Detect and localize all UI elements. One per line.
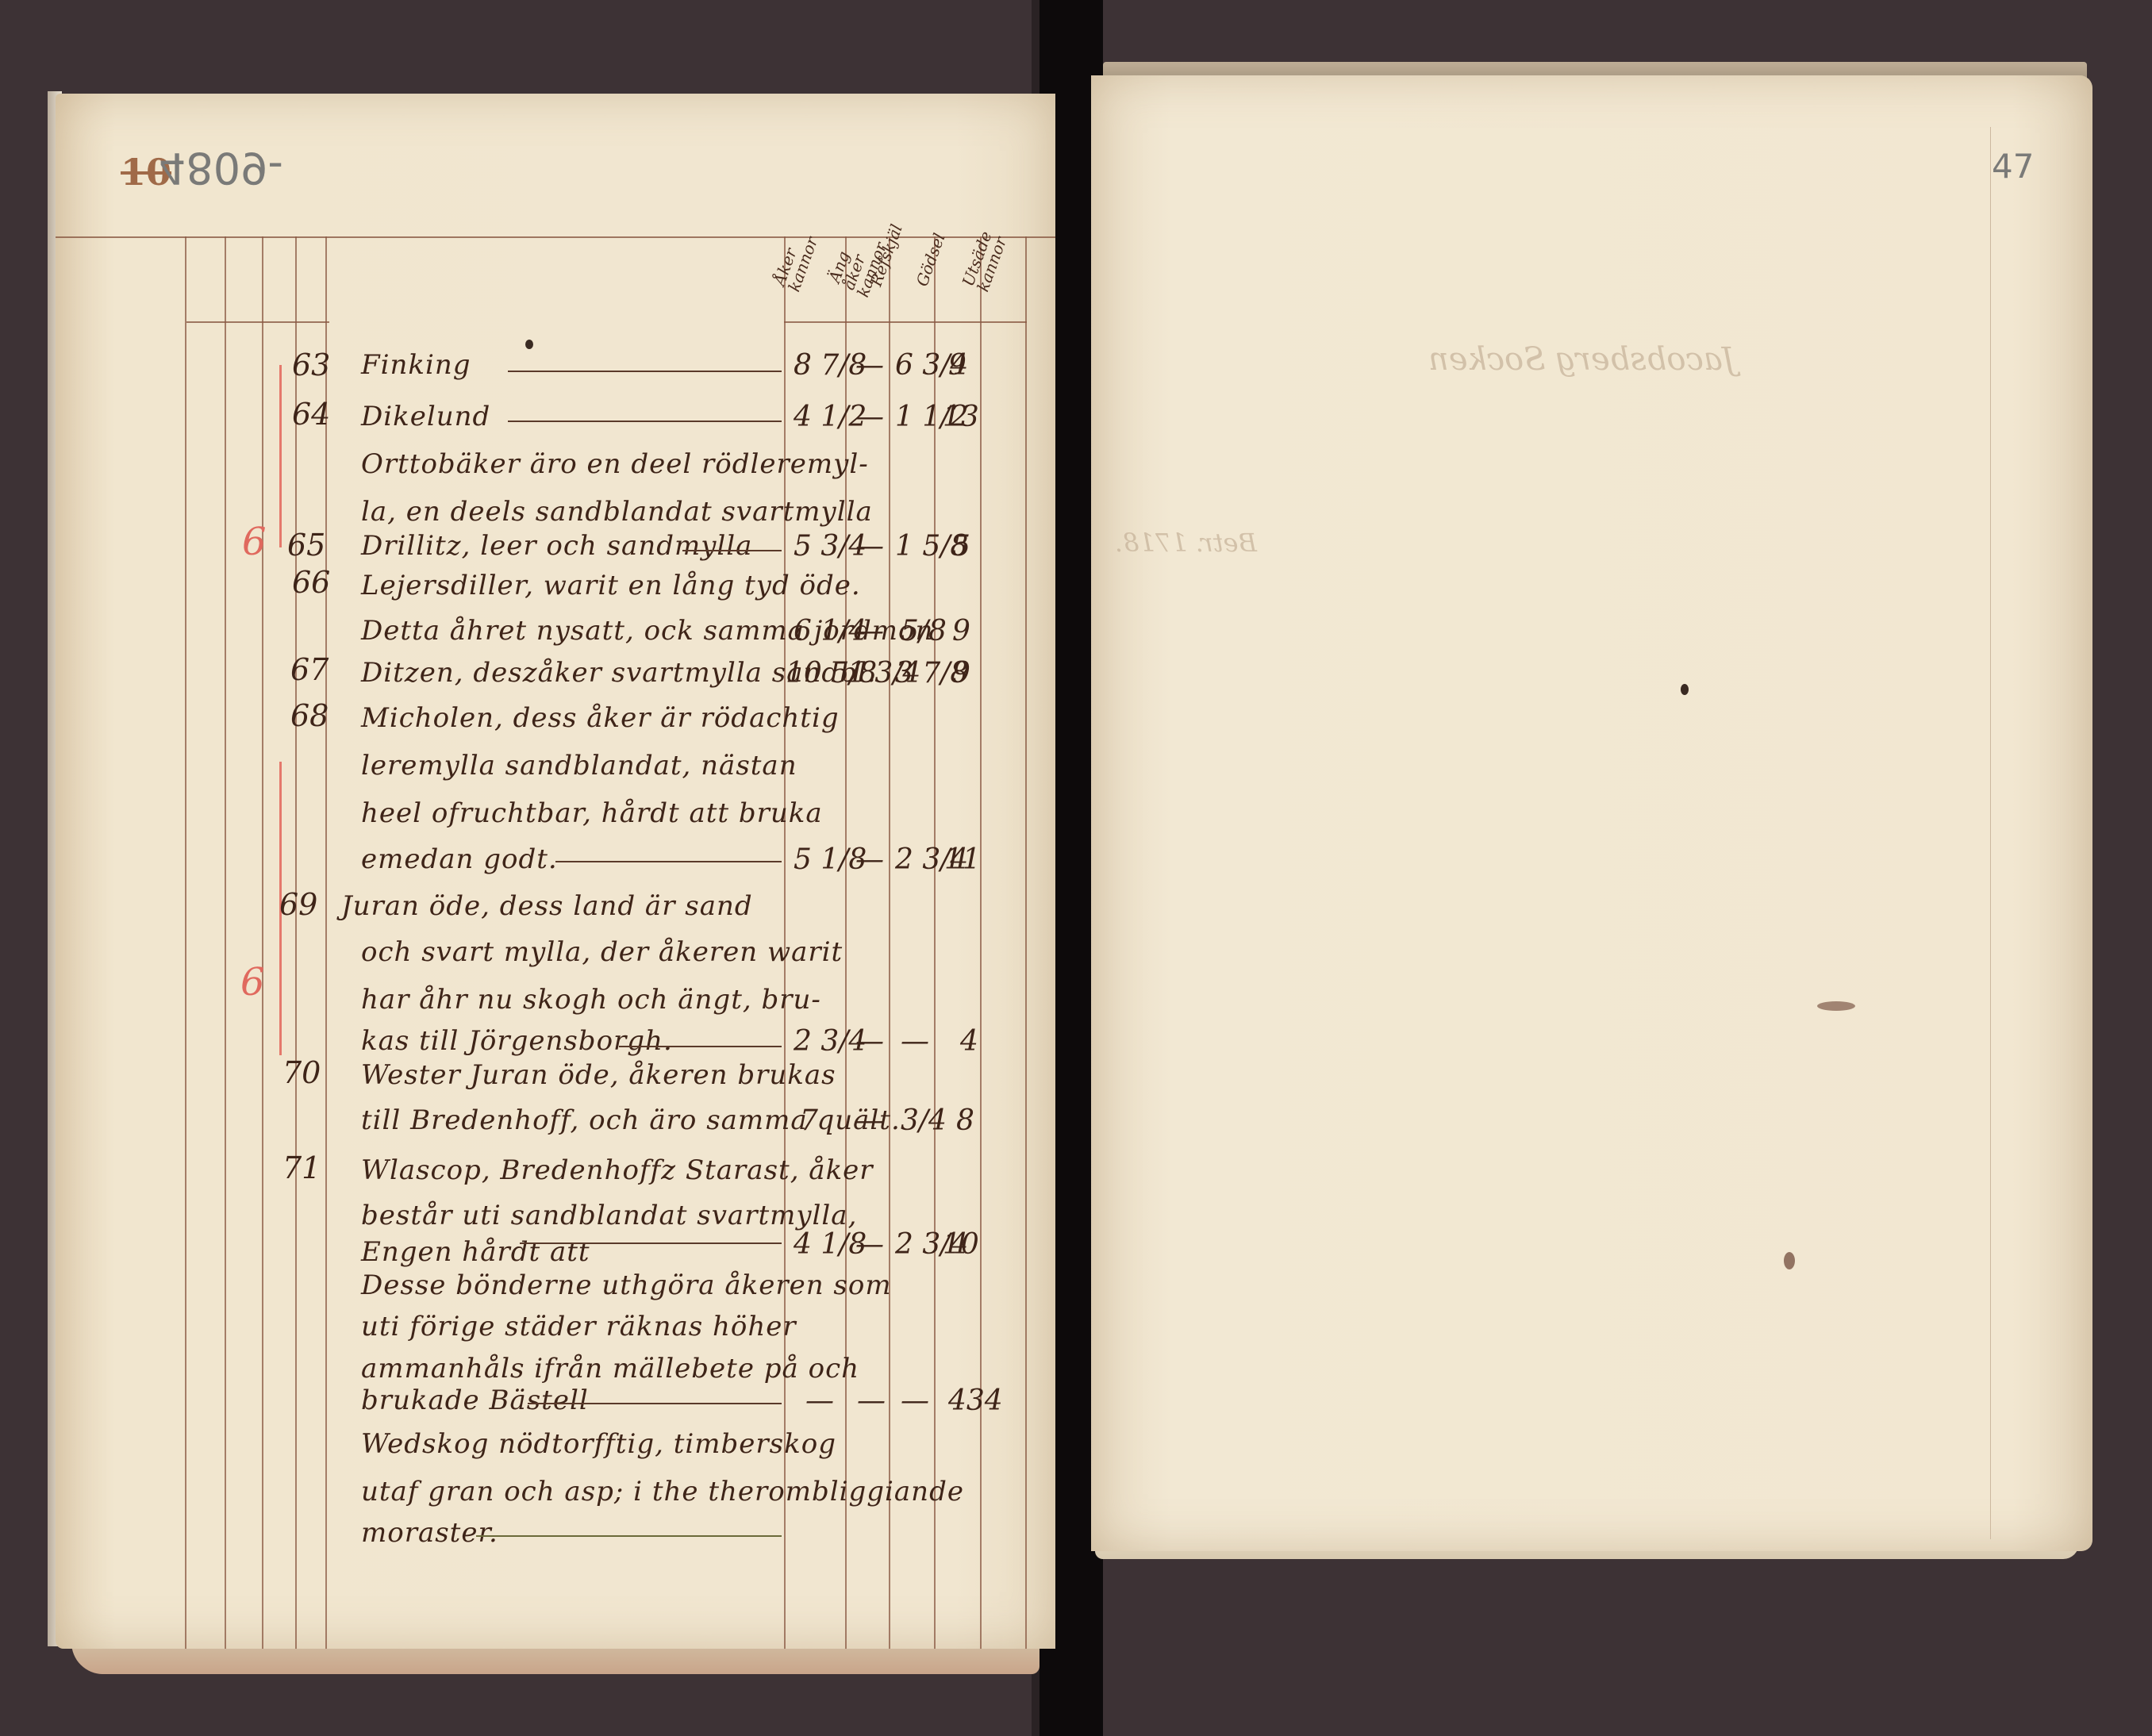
red-margin-bracket	[279, 365, 282, 547]
value-cell: —	[901, 1385, 929, 1417]
entry-text: Dikelund	[361, 401, 490, 432]
value-cell: —	[855, 1104, 884, 1137]
value-cell: 9	[948, 349, 966, 382]
entry-number: 70	[282, 1055, 321, 1090]
value-cell: 10	[943, 1228, 979, 1261]
column-line	[185, 236, 186, 1649]
entry-text: består uti sandblandat svartmylla,	[361, 1200, 857, 1231]
value-cell: 9	[952, 615, 970, 647]
entry-text: Finking	[361, 349, 471, 381]
stain	[1784, 1252, 1795, 1269]
entry-text: Juran öde, dess land är sand	[341, 890, 753, 922]
entry-text: emedan godt.	[361, 843, 558, 875]
red-margin-mark: 6	[242, 520, 267, 564]
total-value: 434	[948, 1385, 1003, 1417]
column-line	[262, 236, 263, 1649]
pencil-ref: 4809-	[159, 143, 283, 193]
entry-text: har åhr nu skogh och ängt, bru-	[361, 984, 821, 1016]
value-cell: 3/4	[901, 1104, 947, 1137]
ink-spot	[1681, 684, 1689, 695]
value-cell: —	[855, 1025, 884, 1058]
table-header-rule-right	[784, 321, 1027, 323]
entry-text: Drillitz, leer och sandmylla	[361, 530, 752, 562]
entry-text: till Bredenhoff, och äro samma quält.	[361, 1104, 901, 1136]
value-cell: 8	[956, 1104, 974, 1137]
value-cell: 13	[943, 401, 979, 433]
faint-margin-line	[1990, 127, 1991, 1539]
value-cell: —	[855, 349, 884, 382]
entry-text: Wedskog nödtorfftig, timberskog	[361, 1428, 836, 1460]
leader-line	[682, 550, 782, 551]
value-cell: —	[855, 615, 884, 647]
entry-text: leremylla sandblandat, nästan	[361, 750, 797, 782]
red-margin-mark: 6	[240, 960, 265, 1004]
page-number: 47	[1992, 147, 2034, 186]
entry-text: Micholen, dess åker är rödachtig	[361, 702, 840, 734]
table-top-rule	[56, 236, 1055, 238]
entry-text: Wester Juran öde, åkeren brukas	[361, 1059, 836, 1091]
value-cell: 11	[944, 843, 981, 876]
leader-line	[619, 1046, 782, 1047]
value-cell: —	[855, 401, 884, 433]
leader-line	[520, 1242, 782, 1244]
right-page	[1091, 75, 2092, 1551]
value-cell: —	[901, 1025, 929, 1058]
value-cell: 5	[952, 530, 970, 563]
entry-text: kas till Jörgensborgh.	[361, 1025, 673, 1057]
bleed-through-heading: Jacobsberg Socken	[1428, 341, 1735, 378]
value-cell: —	[855, 1228, 884, 1261]
entry-number: 71	[282, 1150, 321, 1185]
column-line	[295, 236, 297, 1649]
leader-line	[508, 371, 782, 372]
value-cell: —	[855, 530, 884, 563]
value-cell: —	[805, 1385, 834, 1417]
entry-number: 65	[287, 528, 325, 563]
entry-text: ammanhåls ifrån mällebete på och	[361, 1353, 859, 1385]
entry-number: 63	[292, 348, 330, 382]
entry-text: la, en deels sandblandat svartmylla	[361, 496, 873, 528]
entry-number: 68	[290, 698, 329, 733]
entry-text: brukade Bästell	[361, 1385, 589, 1416]
entry-text: Lejersdiller, warit en lång tyd öde.	[361, 570, 861, 601]
entry-text: utaf gran och asp; i the therombliggiand…	[361, 1476, 964, 1507]
leader-line	[555, 861, 782, 862]
column-line	[1025, 236, 1027, 1649]
entry-number: 64	[292, 397, 330, 432]
value-cell: 4	[960, 1025, 978, 1058]
column-line	[934, 236, 936, 1649]
entry-text: moraster.	[361, 1517, 498, 1549]
entry-text: Orttobäker äro en deel rödleremyl-	[361, 448, 869, 480]
column-line	[889, 236, 890, 1649]
entry-number: 67	[290, 652, 329, 687]
value-cell: 5/8	[901, 615, 947, 647]
value-cell: 7	[800, 1104, 818, 1137]
entry-text: heel ofruchtbar, hårdt att bruka	[361, 797, 823, 829]
value-cell: —	[855, 843, 884, 876]
column-line	[980, 236, 982, 1649]
entry-text: Desse bönderne uthgöra åkeren som	[361, 1269, 892, 1301]
entry-number: 69	[279, 887, 317, 922]
entry-text: Engen hårdt att	[361, 1236, 590, 1268]
column-line	[325, 236, 327, 1649]
entry-text: och svart mylla, der åkeren warit	[361, 936, 843, 968]
value-cell: —	[857, 1385, 886, 1417]
leader-line	[508, 421, 782, 422]
bleed-through-text: Betr. 1718.	[1115, 528, 1257, 558]
entry-text: uti förige städer räknas höher	[361, 1311, 797, 1342]
entry-text: Wlascop, Bredenhoffz Starast, åker	[361, 1154, 874, 1186]
entry-number: 66	[292, 565, 330, 600]
stain	[1817, 1001, 1855, 1011]
leader-line	[528, 1403, 782, 1404]
leader-line	[476, 1535, 782, 1537]
ink-spot	[525, 340, 533, 349]
table-header-rule-left	[186, 321, 329, 323]
column-line	[225, 236, 226, 1649]
value-cell: 9	[952, 657, 970, 689]
